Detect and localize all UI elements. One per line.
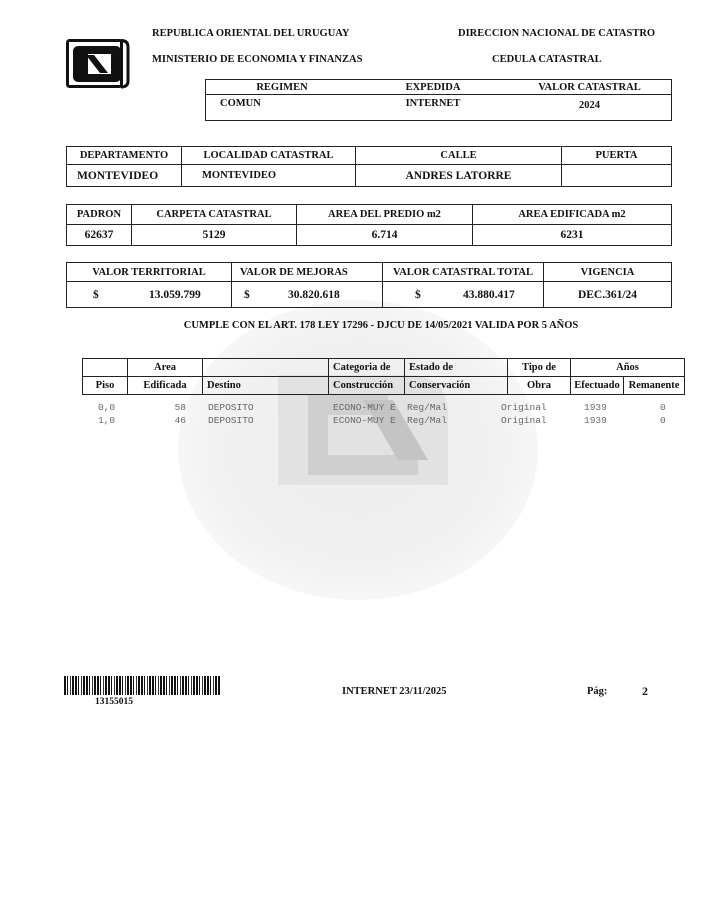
header-obra: Obra [508,377,571,395]
padron-table: PADRON CARPETA CATASTRAL AREA DEL PREDIO… [66,204,672,246]
header-carpeta: CARPETA CATASTRAL [132,205,297,225]
construction-rows: 0,0 58 DEPOSITO ECONO-MUY E Reg/Mal Orig… [82,402,685,428]
header-anos: Años [571,359,685,377]
agency-title: DIRECCION NACIONAL DE CATASTRO [458,28,655,39]
issued-stamp: INTERNET 23/11/2025 [342,686,447,697]
departamento-value: MONTEVIDEO [67,165,182,187]
remanente-cell: 0 [660,402,666,413]
currency-symbol: $ [67,289,149,301]
area-cell: 46 [164,415,186,426]
calle-value: ANDRES LATORRE [356,165,562,187]
valor-total-value: 43.880.417 [463,289,515,301]
header-efectuado: Efectuado [571,377,624,395]
tipo-cell: Original [501,415,547,426]
header-destino: Destino [203,377,329,395]
estado-cell: Reg/Mal [407,415,447,426]
header-vigencia: VIGENCIA [544,263,672,282]
piso-cell: 1,0 [98,415,115,426]
header-edificada: Edificada [128,377,203,395]
table-row: 1,0 46 DEPOSITO ECONO-MUY E Reg/Mal Orig… [82,415,685,428]
area-predio-value: 6.714 [297,225,473,246]
header-remanente: Remanente [624,377,685,395]
destino-cell: DEPOSITO [208,402,254,413]
legal-notice: CUMPLE CON EL ART. 178 LEY 17296 - DJCU … [0,320,714,331]
valor-total-cell: $43.880.417 [383,282,544,308]
categoria-cell: ECONO-MUY E [333,415,396,426]
header-valor-total: VALOR CATASTRAL TOTAL [383,263,544,282]
header-valor-mejoras: VALOR DE MEJORAS [232,263,383,282]
remanente-cell: 0 [660,415,666,426]
header-regimen: REGIMEN [206,80,359,95]
expedida-value: INTERNET [358,95,508,121]
header-blank [83,359,128,377]
piso-cell: 0,0 [98,402,115,413]
efectuado-cell: 1939 [584,415,607,426]
header-categoria: Categoria de [329,359,405,377]
area-edificada-value: 6231 [473,225,672,246]
destino-cell: DEPOSITO [208,415,254,426]
header-expedida: EXPEDIDA [358,80,508,95]
header-tipo: Tipo de [508,359,571,377]
tipo-cell: Original [501,402,547,413]
area-cell: 58 [164,402,186,413]
barcode-number: 13155015 [95,697,133,707]
header-construccion: Construcción [329,377,405,395]
header-calle: CALLE [356,147,562,165]
header-localidad: LOCALIDAD CATASTRAL [182,147,356,165]
barcode-icon [64,676,220,695]
page-number: 2 [642,684,648,699]
regimen-table: REGIMEN EXPEDIDA VALOR CATASTRAL COMUN I… [205,79,672,121]
carpeta-value: 5129 [132,225,297,246]
padron-value: 62637 [67,225,132,246]
header-valor-territorial: VALOR TERRITORIAL [67,263,232,282]
estado-cell: Reg/Mal [407,402,447,413]
valor-territorial-cell: $13.059.799 [67,282,232,308]
header-area-edificada: AREA EDIFICADA m2 [473,205,672,225]
header-blank-destino [203,359,329,377]
page-label: Pág: [587,686,607,697]
currency-symbol: $ [383,289,463,301]
header-valor-catastral: VALOR CATASTRAL [508,80,672,95]
puerta-value [562,165,672,187]
location-table: DEPARTAMENTO LOCALIDAD CATASTRAL CALLE P… [66,146,672,187]
currency-symbol: $ [232,289,288,301]
valor-territorial-value: 13.059.799 [149,289,201,301]
valor-catastral-value: 2024 [508,95,672,121]
header-departamento: DEPARTAMENTO [67,147,182,165]
construction-table-header: Area Categoria de Estado de Tipo de Años… [82,358,685,395]
header-area-predio: AREA DEL PREDIO m2 [297,205,473,225]
vigencia-value: DEC.361/24 [544,282,672,308]
valor-table: VALOR TERRITORIAL VALOR DE MEJORAS VALOR… [66,262,672,308]
valor-mejoras-value: 30.820.618 [288,289,340,301]
header-padron: PADRON [67,205,132,225]
header-area: Area [128,359,203,377]
efectuado-cell: 1939 [584,402,607,413]
catastro-logo-icon [66,39,130,89]
header-puerta: PUERTA [562,147,672,165]
localidad-value: MONTEVIDEO [182,165,356,187]
regimen-value: COMUN [206,95,359,121]
country-title: REPUBLICA ORIENTAL DEL URUGUAY [152,28,350,39]
table-row: 0,0 58 DEPOSITO ECONO-MUY E Reg/Mal Orig… [82,402,685,415]
header-piso: Piso [83,377,128,395]
document-title: CEDULA CATASTRAL [492,54,602,65]
header-estado: Estado de [405,359,508,377]
categoria-cell: ECONO-MUY E [333,402,396,413]
valor-mejoras-cell: $30.820.618 [232,282,383,308]
ministry-title: MINISTERIO DE ECONOMIA Y FINANZAS [152,54,362,65]
header-conservacion: Conservación [405,377,508,395]
